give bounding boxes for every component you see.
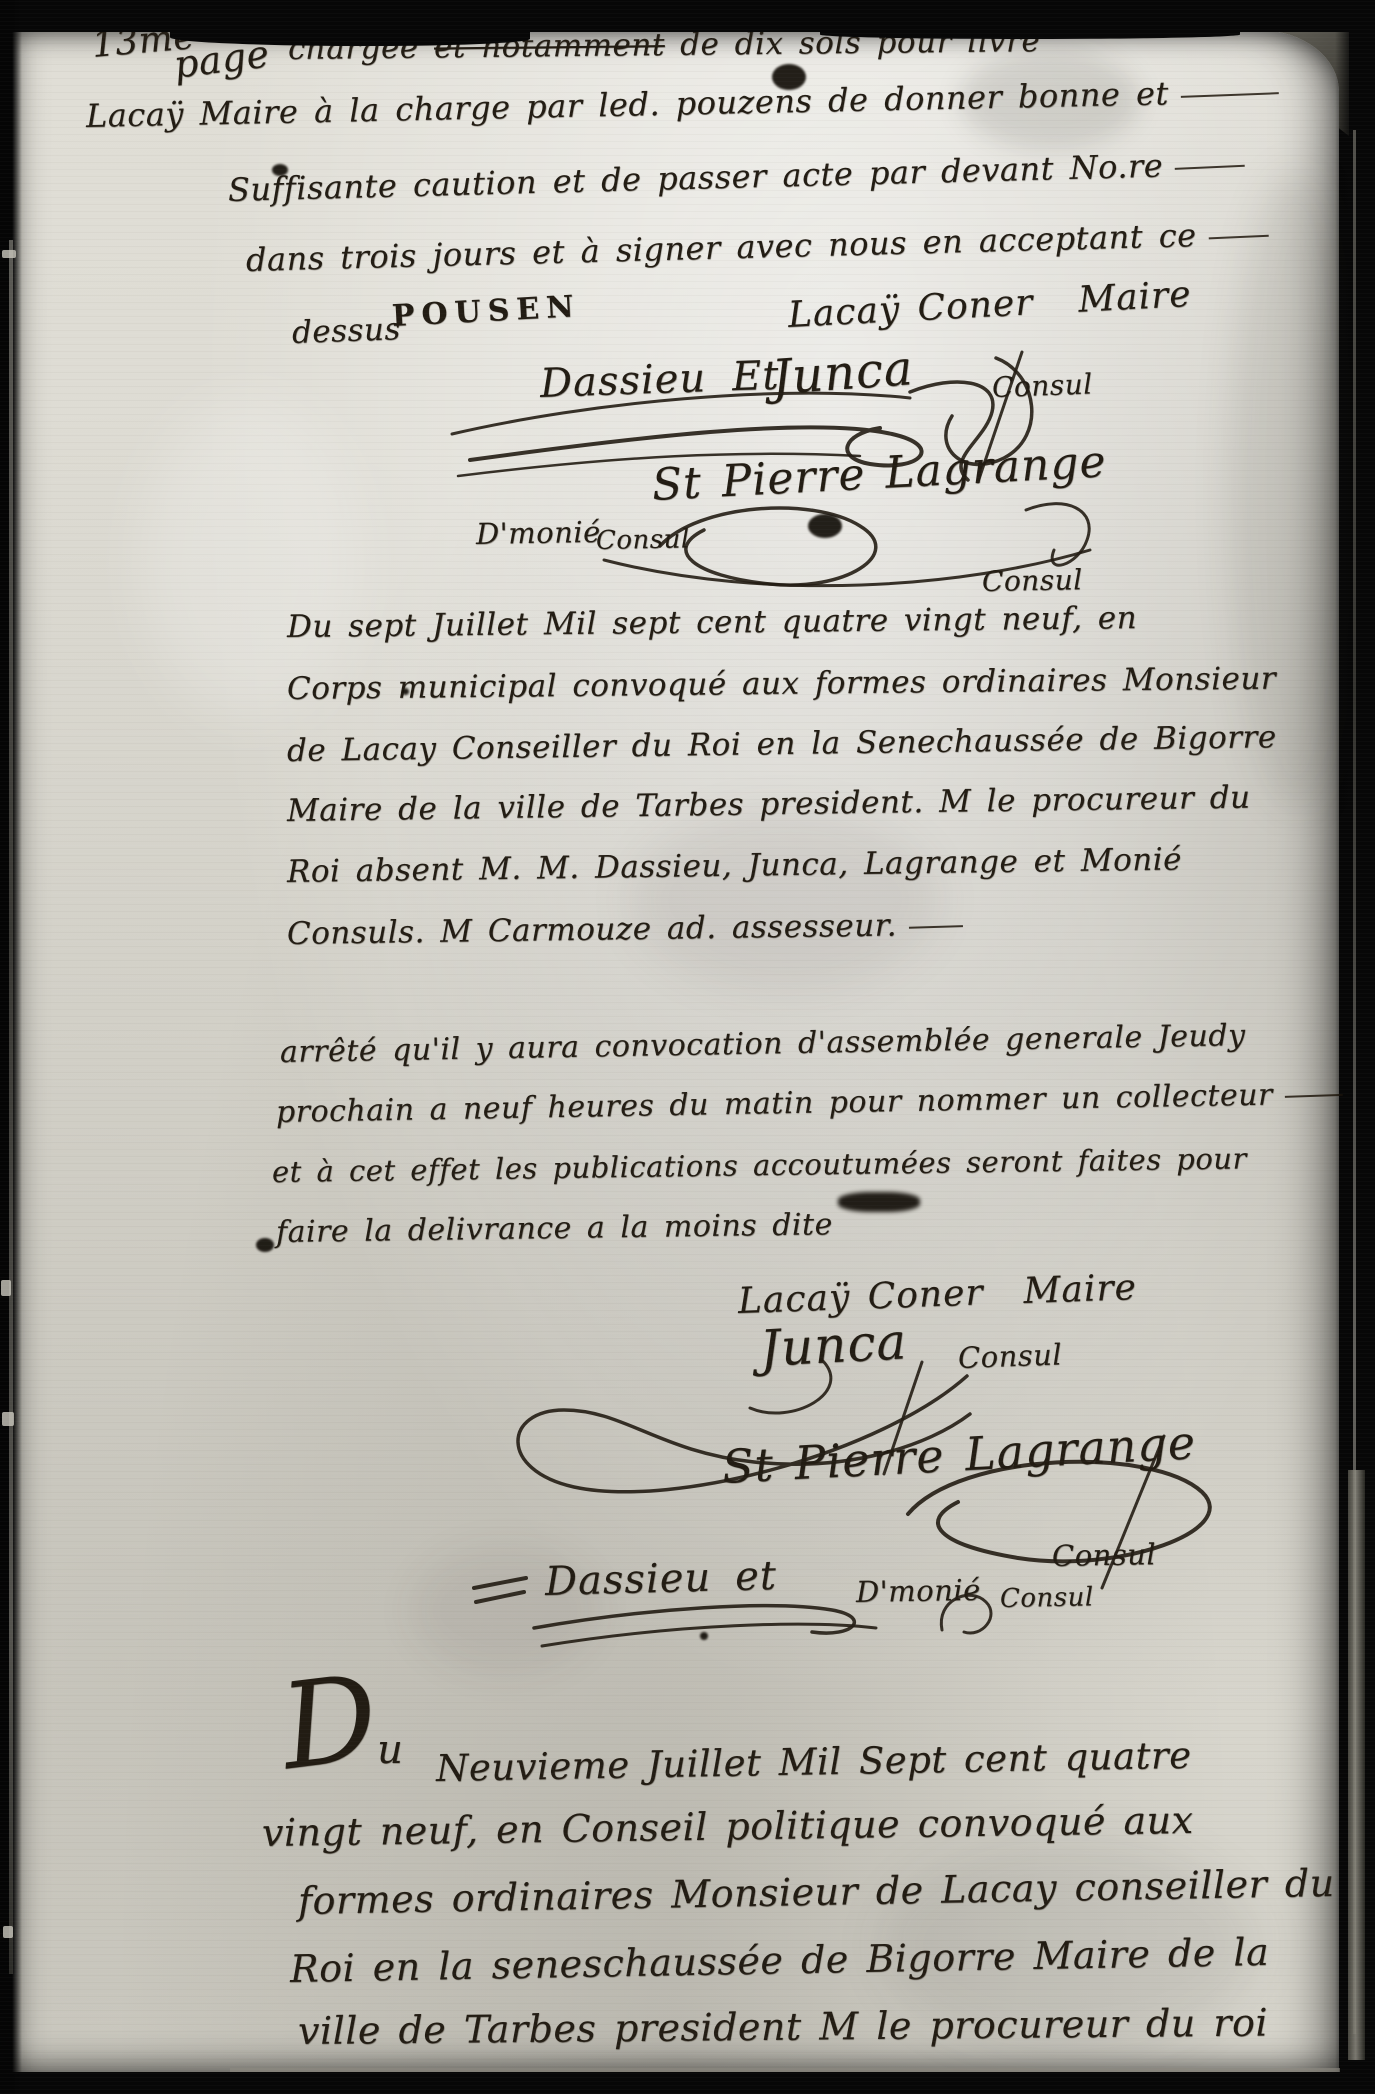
signature-name: Dassieu bbox=[539, 358, 706, 404]
signature-dassieu: Dassieu et bbox=[544, 1556, 777, 1602]
book-spine bbox=[0, 0, 22, 2094]
act-july7-line-1: Du sept Juillet Mil sept cent quatre vin… bbox=[287, 603, 1137, 643]
ink-blot bbox=[272, 164, 288, 176]
ink-speck bbox=[700, 1632, 708, 1640]
closing-line-5-word: dessus bbox=[291, 314, 401, 349]
signature-name: Dassieu bbox=[544, 1558, 711, 1602]
signature-title-consul: Consul bbox=[1000, 1584, 1094, 1612]
signature-junca: Junca bbox=[770, 344, 915, 402]
signature-title-consul: Consul bbox=[1052, 1540, 1157, 1571]
ink-blot bbox=[772, 64, 806, 90]
pen-stroke bbox=[1209, 234, 1269, 239]
signature-paraph: et bbox=[735, 1556, 778, 1597]
manuscript-scan: 7e ff 13me page chargée et notamment de … bbox=[0, 0, 1375, 2094]
spine-mark bbox=[1, 1280, 11, 1296]
deliberation-line-4: faire la delivrance a la moins dite bbox=[276, 1210, 833, 1248]
ink-speck bbox=[402, 688, 409, 695]
page-stack-edge bbox=[1348, 1470, 1365, 2060]
pen-stroke bbox=[909, 925, 963, 929]
signature-dassieu: Dassieu Et bbox=[539, 356, 780, 404]
ink-blot bbox=[256, 1238, 274, 1252]
spine-mark bbox=[3, 1926, 13, 1938]
signature-title: Maire bbox=[1023, 1270, 1138, 1310]
scan-edge-bottom bbox=[0, 2072, 1375, 2094]
pen-stroke bbox=[1181, 92, 1279, 98]
act-july7-line-6: Consuls. M Carmouze ad. assesseur. bbox=[287, 910, 963, 950]
spine-mark bbox=[2, 250, 16, 258]
ink-smudge bbox=[838, 1192, 920, 1212]
spine-mark bbox=[2, 1412, 14, 1426]
signature-dmonie: D'monié bbox=[476, 518, 601, 549]
signature-title: Maire bbox=[1077, 277, 1192, 319]
ink-blot bbox=[808, 514, 842, 538]
signature-title-consul: Consul bbox=[596, 526, 690, 554]
signature-title-consul: Consul bbox=[957, 1340, 1062, 1373]
signature-junca: Junca bbox=[759, 1316, 909, 1374]
signature-title-consul: Consul bbox=[992, 370, 1094, 401]
signature-dmonie: D'monié bbox=[856, 1576, 981, 1607]
pen-stroke bbox=[1175, 164, 1245, 169]
act-july9-initial: Du bbox=[282, 1676, 403, 1770]
signature-title-consul: Consul bbox=[982, 566, 1083, 596]
scan-edge-top bbox=[0, 0, 1375, 32]
signature-name: Lacaÿ Coner bbox=[737, 1275, 984, 1320]
act-july9-line-5: ville de Tarbes president M le procureur… bbox=[298, 2004, 1268, 2050]
ornate-initial: D bbox=[277, 1671, 383, 1774]
